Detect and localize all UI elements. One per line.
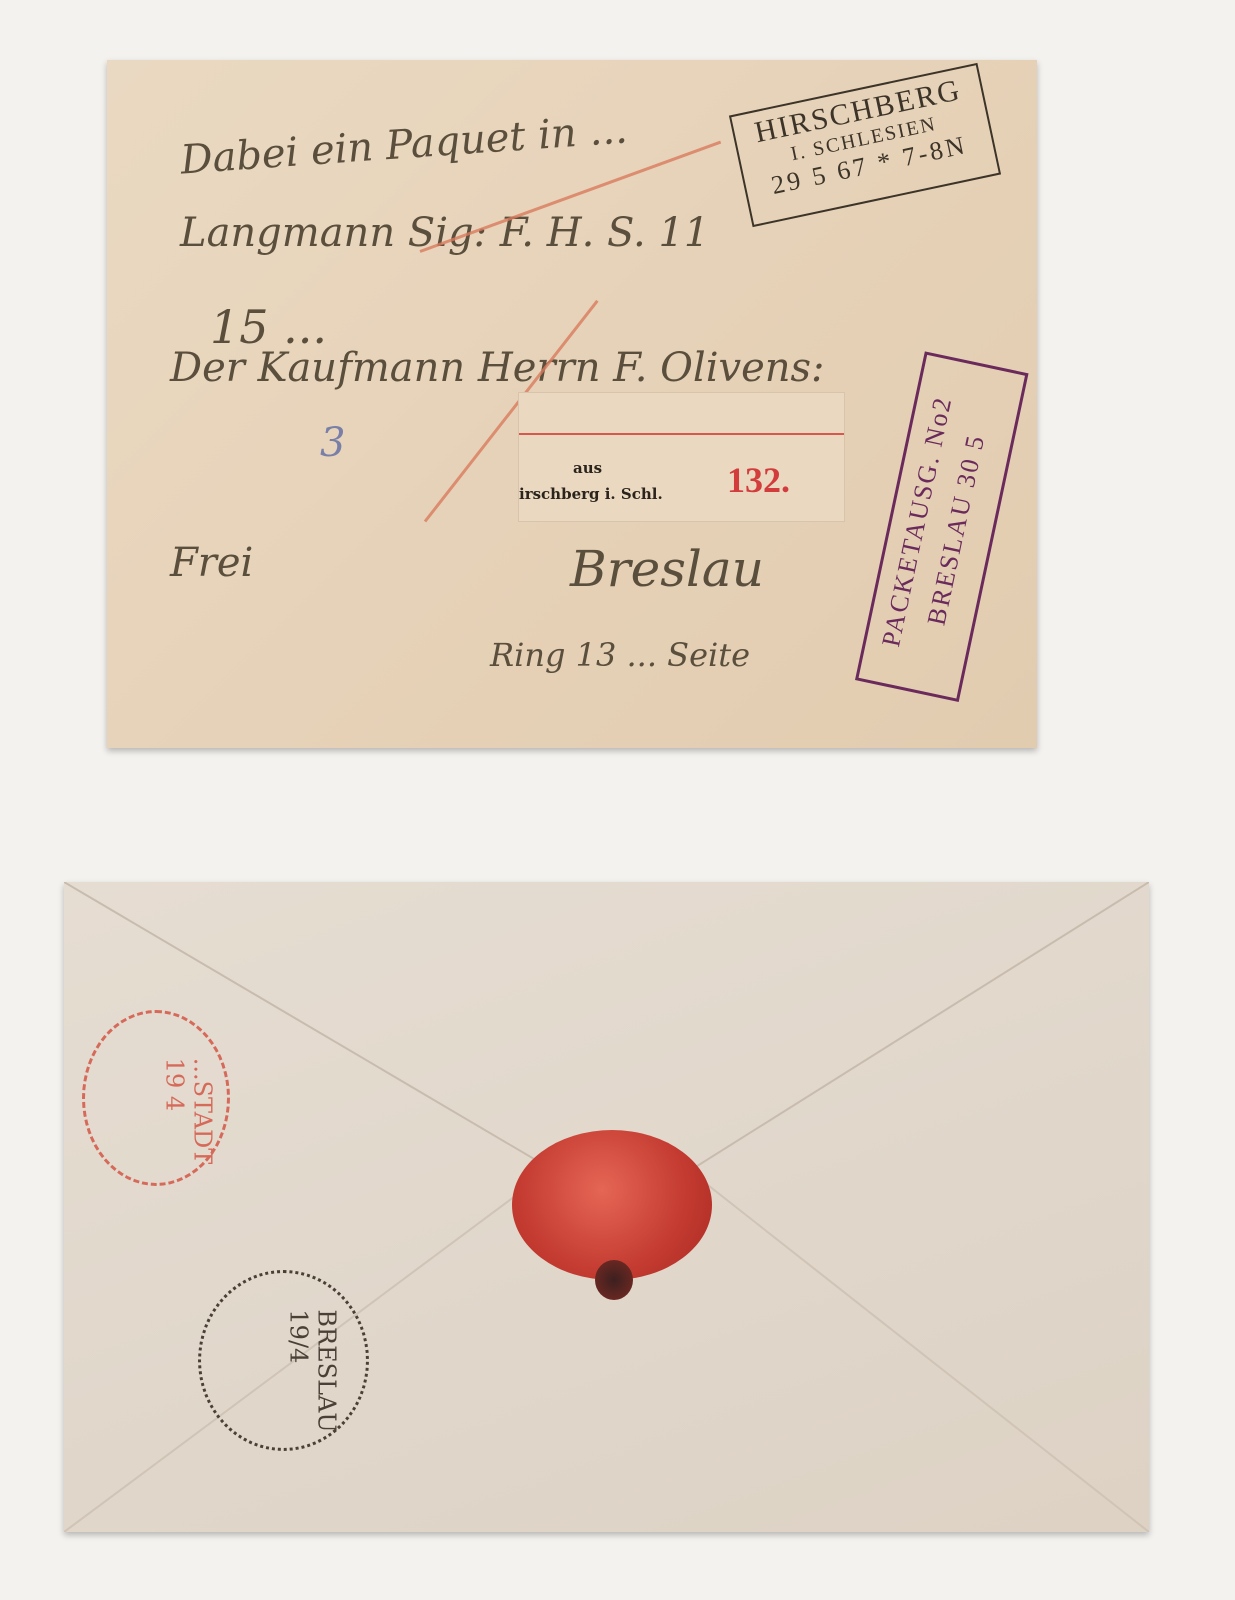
handwriting-line-6: Ring 13 ... Seite [490, 636, 750, 674]
label-prefix: aus [573, 459, 602, 477]
red-postmark-text: ...STADT 19 4 [160, 1058, 216, 1165]
black-postmark-text: BRESLAU 19/4 [285, 1309, 341, 1432]
black-postmark: BRESLAU 19/4 [198, 1270, 369, 1451]
label-red-rule [519, 433, 844, 435]
wax-seal [512, 1130, 712, 1280]
handwriting-line-4: Der Kaufmann Herrn F. Olivens: [170, 345, 825, 391]
wax-seal-drip [595, 1260, 633, 1300]
label-number: 132. [727, 459, 790, 501]
registration-label: aus irschberg i. Schl. 132. [518, 392, 845, 522]
label-place: irschberg i. Schl. [519, 485, 663, 503]
pencil-mark: 3 [320, 420, 345, 466]
handwriting-line-2: Langmann Sig: F. H. S. 11 [180, 210, 709, 256]
red-postmark: ...STADT 19 4 [82, 1010, 230, 1186]
frei-mark: Frei [170, 540, 253, 586]
handwriting-line-5: Breslau [570, 540, 764, 598]
